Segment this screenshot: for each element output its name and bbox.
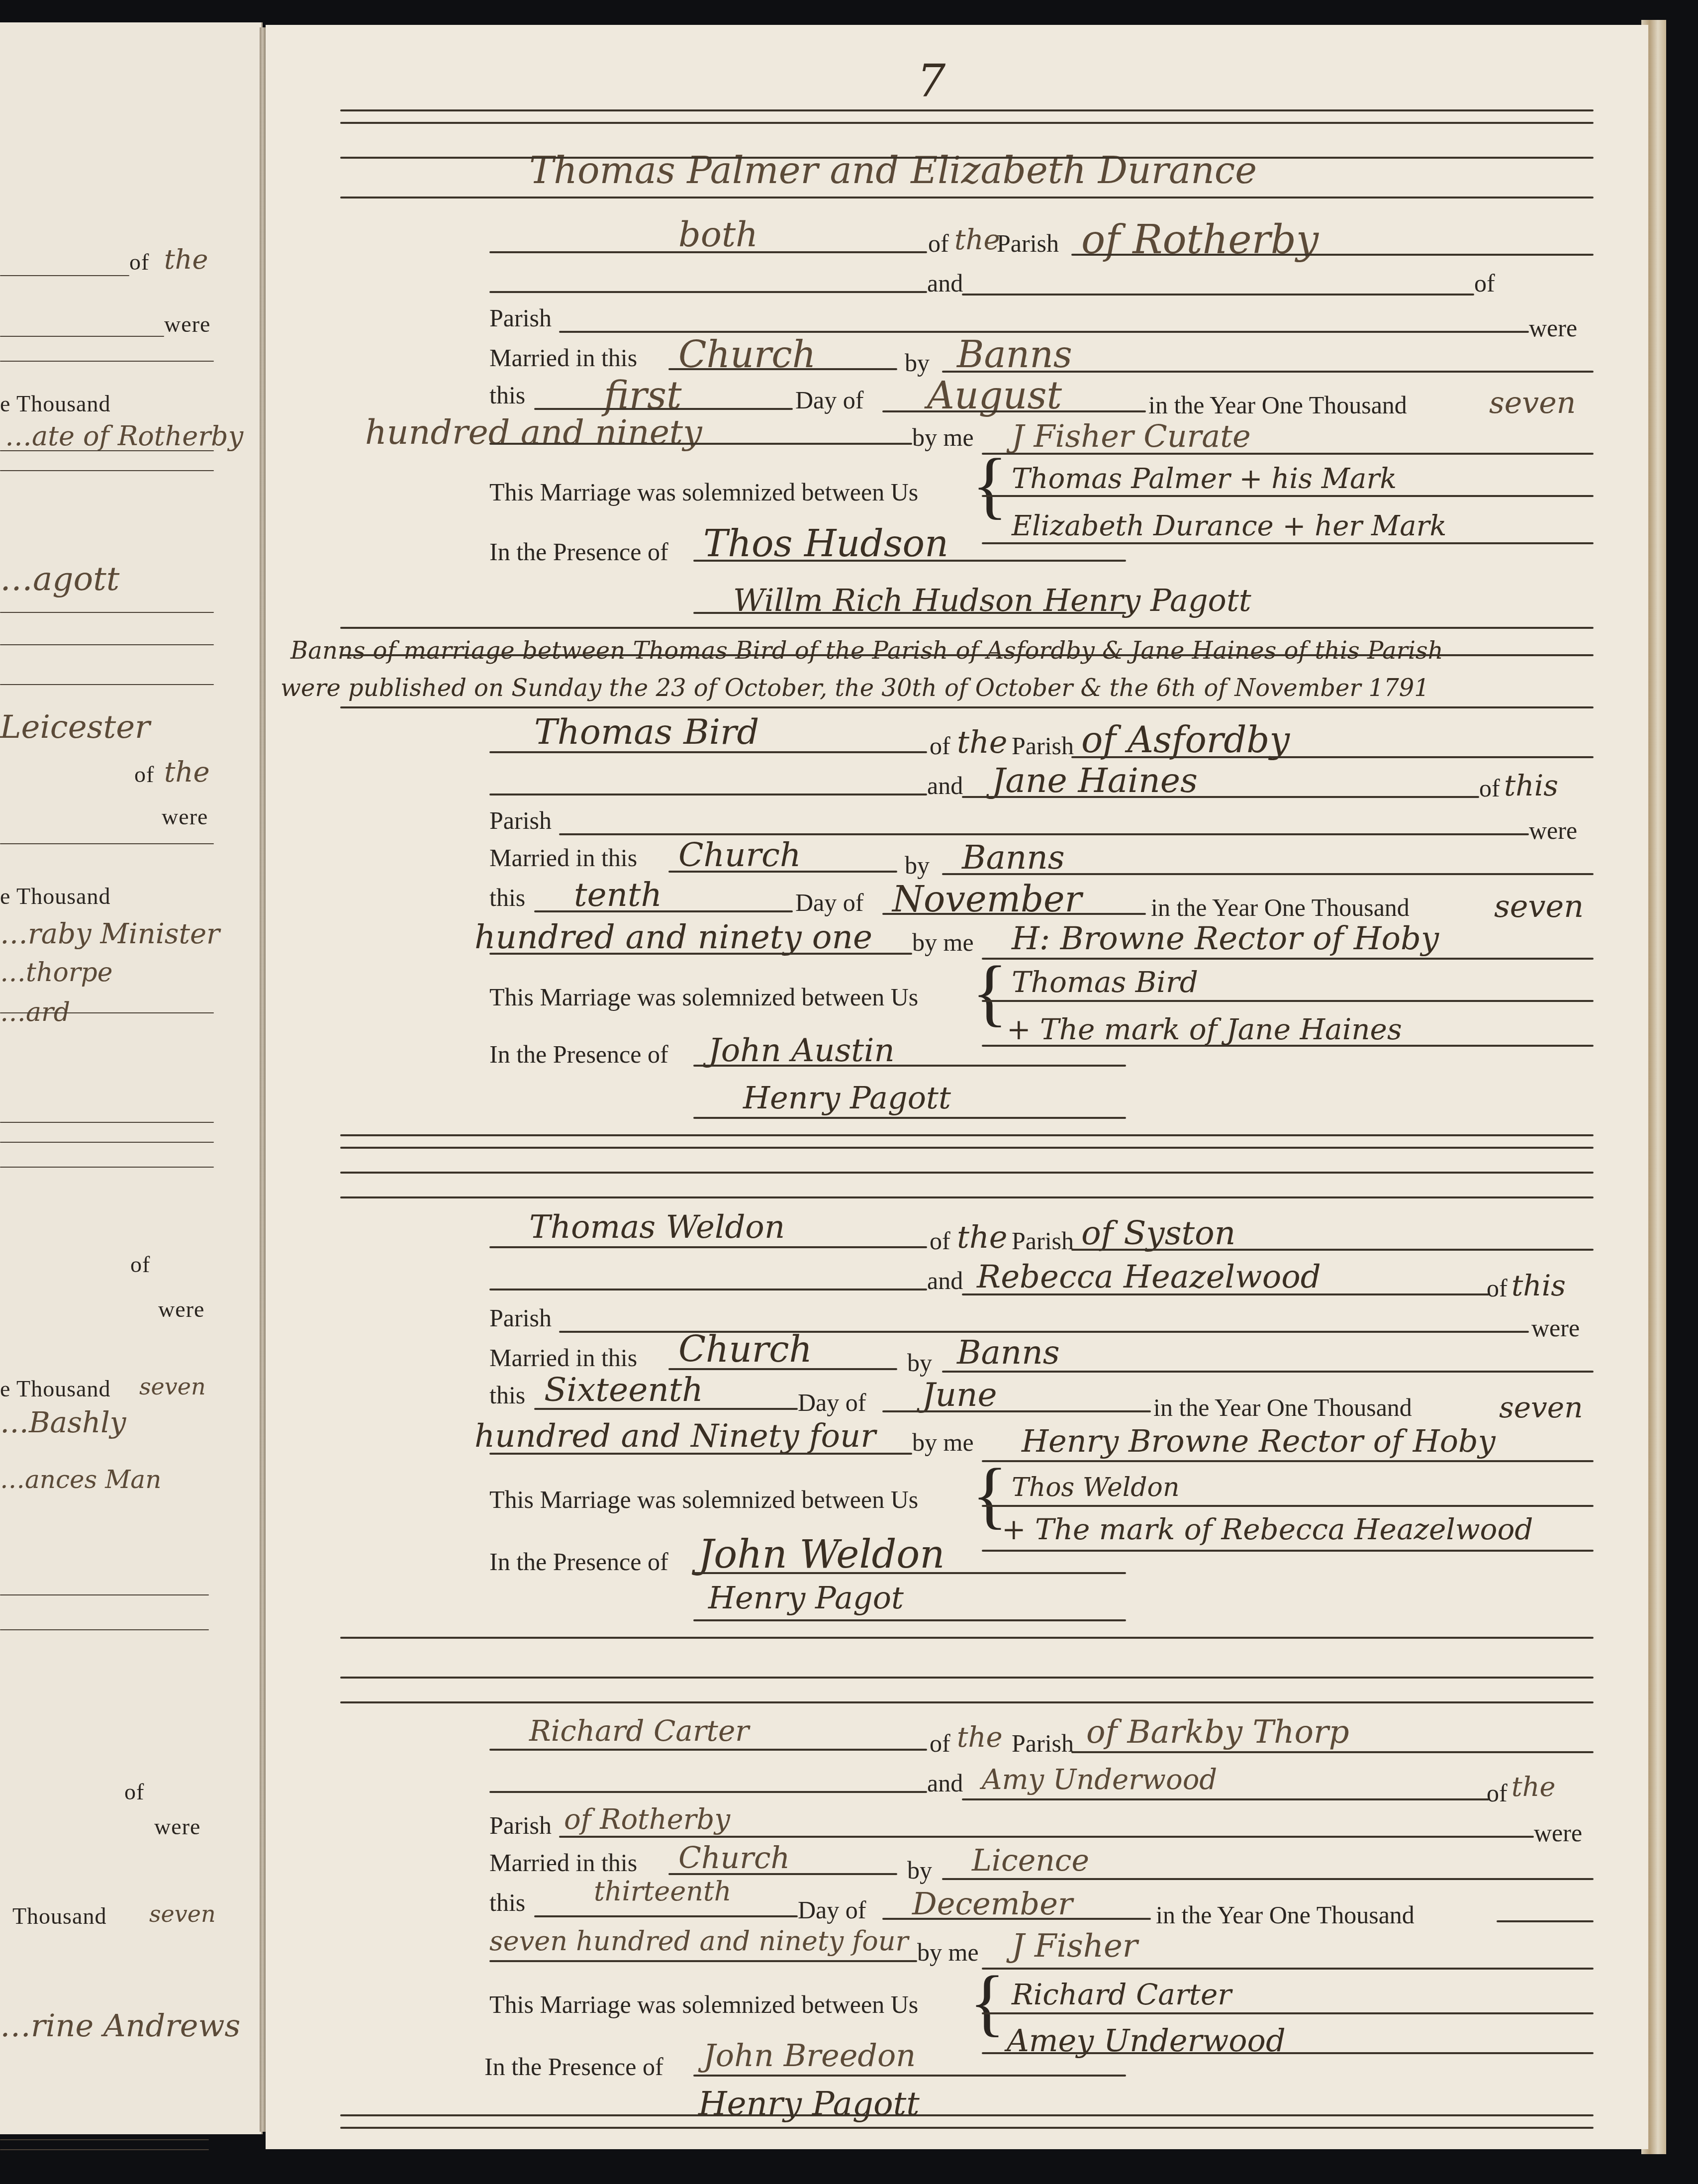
label-parish: Parish xyxy=(1012,731,1074,760)
day: first xyxy=(604,373,682,417)
label-solemnized: This Marriage was solemnized between Us xyxy=(489,1990,918,2019)
label-this: this xyxy=(489,883,525,912)
label-by: by xyxy=(907,1856,932,1885)
lp-hand: …raby Minister xyxy=(0,918,220,950)
year-rest: hundred and Ninety four xyxy=(474,1418,876,1455)
label-of: of xyxy=(1474,269,1495,298)
lp-hand: …rine Andrews xyxy=(0,2007,240,2044)
witness-1: John Austin xyxy=(708,1032,895,1069)
lp-hand: the xyxy=(164,756,210,789)
label-parish: Parish xyxy=(489,806,552,835)
lp-hand: the xyxy=(164,244,208,275)
lp-of: of xyxy=(134,761,154,788)
lp-were: were xyxy=(162,803,208,830)
year-start: seven xyxy=(1489,386,1576,420)
groom-parish-prefix: the xyxy=(957,1721,1003,1754)
label-of: of xyxy=(1487,1274,1508,1302)
lp-hand: …thorpe xyxy=(0,958,113,988)
label-year: in the Year One Thousand xyxy=(1148,391,1407,419)
lp-of: of xyxy=(129,249,149,275)
label-were: were xyxy=(1529,313,1577,342)
witness-1: Thos Hudson xyxy=(703,522,948,565)
label-of: of xyxy=(930,731,950,760)
banns-note-line-2: were published on Sunday the 23 of Octob… xyxy=(281,674,1429,702)
label-day-of: Day of xyxy=(795,888,863,917)
label-married-in: Married in this xyxy=(489,843,637,872)
label-solemnized: This Marriage was solemnized between Us xyxy=(489,1485,918,1514)
lp-thousand: e Thousand xyxy=(0,391,111,417)
place: Church xyxy=(678,1328,812,1370)
label-married-in: Married in this xyxy=(489,343,637,372)
label-and: and xyxy=(927,1769,963,1797)
label-were: were xyxy=(1529,816,1577,845)
lp-thousand: Thousand xyxy=(12,1903,106,1929)
label-parish: Parish xyxy=(1012,1226,1074,1255)
lp-hand: …ate of Rotherby xyxy=(5,420,243,452)
month: June xyxy=(922,1376,997,1414)
lp-hand: …Bashly xyxy=(0,1405,126,1439)
label-this: this xyxy=(489,381,525,409)
label-were: were xyxy=(1534,1818,1582,1847)
witness-2: Henry Pagott xyxy=(743,1080,951,1116)
lp-thousand: e Thousand xyxy=(0,883,111,909)
label-of: of xyxy=(1479,774,1500,802)
signature-bride: Elizabeth Durance + her Mark xyxy=(1012,510,1446,542)
bride-parish: the xyxy=(1511,1771,1555,1802)
officiant: H: Browne Rector of Hoby xyxy=(1012,920,1439,957)
label-of: of xyxy=(930,1226,950,1255)
label-were: were xyxy=(1531,1313,1580,1342)
label-solemnized: This Marriage was solemnized between Us xyxy=(489,983,918,1011)
witness-1: John Breedon xyxy=(703,2037,916,2074)
label-solemnized: This Marriage was solemnized between Us xyxy=(489,478,918,506)
banns-or-licence: Banns xyxy=(957,1333,1060,1372)
lp-hand: Leicester xyxy=(0,709,150,746)
label-and: and xyxy=(927,1266,963,1295)
label-of: of xyxy=(930,1729,950,1758)
label-by-me: by me xyxy=(912,423,974,452)
lp-thousand: e Thousand xyxy=(0,1376,111,1402)
label-day-of: Day of xyxy=(798,1388,866,1417)
lp-hand: seven xyxy=(139,1373,206,1400)
label-of: of xyxy=(928,229,949,258)
year-rest: hundred and ninety xyxy=(365,413,702,452)
label-year: in the Year One Thousand xyxy=(1156,1900,1415,1929)
banns-or-licence: Banns xyxy=(962,838,1065,877)
label-married-in: Married in this xyxy=(489,1343,637,1372)
label-day-of: Day of xyxy=(798,1895,866,1924)
label-parish: Parish xyxy=(489,303,552,332)
lp-of: of xyxy=(130,1251,150,1278)
label-parish: Parish xyxy=(997,229,1059,258)
parish-line: of Rotherby xyxy=(564,1803,730,1836)
witness-1: John Weldon xyxy=(698,1532,945,1577)
label-this: this xyxy=(489,1888,525,1917)
lp-were: were xyxy=(154,1813,200,1840)
year-start: seven xyxy=(1499,1390,1583,1424)
bride-parish: this xyxy=(1504,769,1558,802)
lp-hand: …agott xyxy=(0,560,119,598)
label-presence: In the Presence of xyxy=(489,1547,668,1576)
signature-groom: Richard Carter xyxy=(1012,1978,1231,2011)
label-presence: In the Presence of xyxy=(489,1040,668,1069)
book-gutter xyxy=(260,27,266,2132)
brace: { xyxy=(972,955,1008,1030)
label-parish: Parish xyxy=(489,1811,552,1840)
right-page: 7 Thomas Palmer and Elizabeth Durance bo… xyxy=(266,25,1648,2149)
label-by-me: by me xyxy=(912,928,974,957)
banns-or-licence: Licence xyxy=(972,1843,1089,1878)
day: Sixteenth xyxy=(544,1371,703,1409)
label-year: in the Year One Thousand xyxy=(1151,893,1410,922)
groom: Thomas Weldon xyxy=(529,1209,785,1246)
place: Church xyxy=(678,1841,790,1876)
signature-bride: + The mark of Rebecca Heazelwood xyxy=(1002,1512,1533,1546)
label-by-me: by me xyxy=(912,1428,974,1457)
groom: both xyxy=(678,214,758,255)
day: tenth xyxy=(574,876,662,914)
bride-parish: this xyxy=(1511,1269,1566,1302)
label-parish: Parish xyxy=(1012,1729,1074,1758)
officiant: Henry Browne Rector of Hoby xyxy=(1022,1423,1496,1459)
lp-were: were xyxy=(158,1296,204,1322)
groom-parish: of Barkby Thorp xyxy=(1086,1714,1349,1751)
month: December xyxy=(912,1886,1073,1922)
year-rest: seven hundred and ninety four xyxy=(489,1925,908,1957)
brace: { xyxy=(969,1965,1005,2040)
couple-names: Thomas Palmer and Elizabeth Durance xyxy=(529,149,1257,192)
signature-groom: Thomas Bird xyxy=(1012,965,1198,999)
label-parish: Parish xyxy=(489,1303,552,1332)
year-rest: hundred and ninety one xyxy=(474,918,872,956)
witness-2: Henry Pagott xyxy=(698,2085,920,2123)
left-page: of the were e Thousand …ate of Rotherby … xyxy=(0,22,263,2134)
lp-were: were xyxy=(164,311,210,337)
page-number: 7 xyxy=(917,55,945,107)
groom-parish-prefix: the xyxy=(957,1219,1008,1255)
brace: { xyxy=(972,448,1008,522)
groom-parish: of Rotherby xyxy=(1081,216,1319,263)
label-and: and xyxy=(927,269,963,298)
groom: Richard Carter xyxy=(529,1714,749,1748)
label-this: this xyxy=(489,1381,525,1409)
groom: Thomas Bird xyxy=(534,711,759,752)
bride: Jane Haines xyxy=(992,761,1198,800)
groom-parish: of Asfordby xyxy=(1081,719,1290,761)
lp-hand: …ances Man xyxy=(0,1465,161,1494)
banns-note-line-1: Banns of marriage between Thomas Bird of… xyxy=(290,637,1443,665)
lp-of: of xyxy=(124,1779,144,1805)
bride: Amy Underwood xyxy=(982,1764,1217,1796)
signature-groom: Thomas Palmer + his Mark xyxy=(1012,463,1397,495)
year-start: seven xyxy=(1494,888,1584,924)
label-married-in: Married in this xyxy=(489,1848,637,1877)
label-of: of xyxy=(1487,1779,1508,1807)
signature-groom: Thos Weldon xyxy=(1012,1473,1179,1502)
lp-hand: seven xyxy=(149,1900,216,1927)
groom-parish-prefix: the xyxy=(957,724,1008,760)
day: thirteenth xyxy=(594,1876,731,1907)
witness-2: Henry Pagot xyxy=(708,1580,904,1616)
label-presence: In the Presence of xyxy=(489,537,668,566)
label-by: by xyxy=(905,851,930,880)
label-year: in the Year One Thousand xyxy=(1153,1393,1412,1422)
label-by: by xyxy=(907,1348,932,1377)
label-day-of: Day of xyxy=(795,386,863,414)
label-and: and xyxy=(927,771,963,800)
officiant: J Fisher Curate xyxy=(1012,418,1251,454)
label-presence: In the Presence of xyxy=(484,2052,663,2081)
groom-parish: of Syston xyxy=(1081,1214,1235,1252)
officiant: J Fisher xyxy=(1012,1928,1137,1965)
signature-bride: + The mark of Jane Haines xyxy=(1007,1012,1402,1046)
bride: Rebecca Heazelwood xyxy=(977,1259,1321,1295)
place: Church xyxy=(678,836,801,874)
groom-parish-prefix: the xyxy=(954,224,1000,256)
label-by: by xyxy=(905,348,930,377)
banns-or-licence: Banns xyxy=(957,333,1072,376)
